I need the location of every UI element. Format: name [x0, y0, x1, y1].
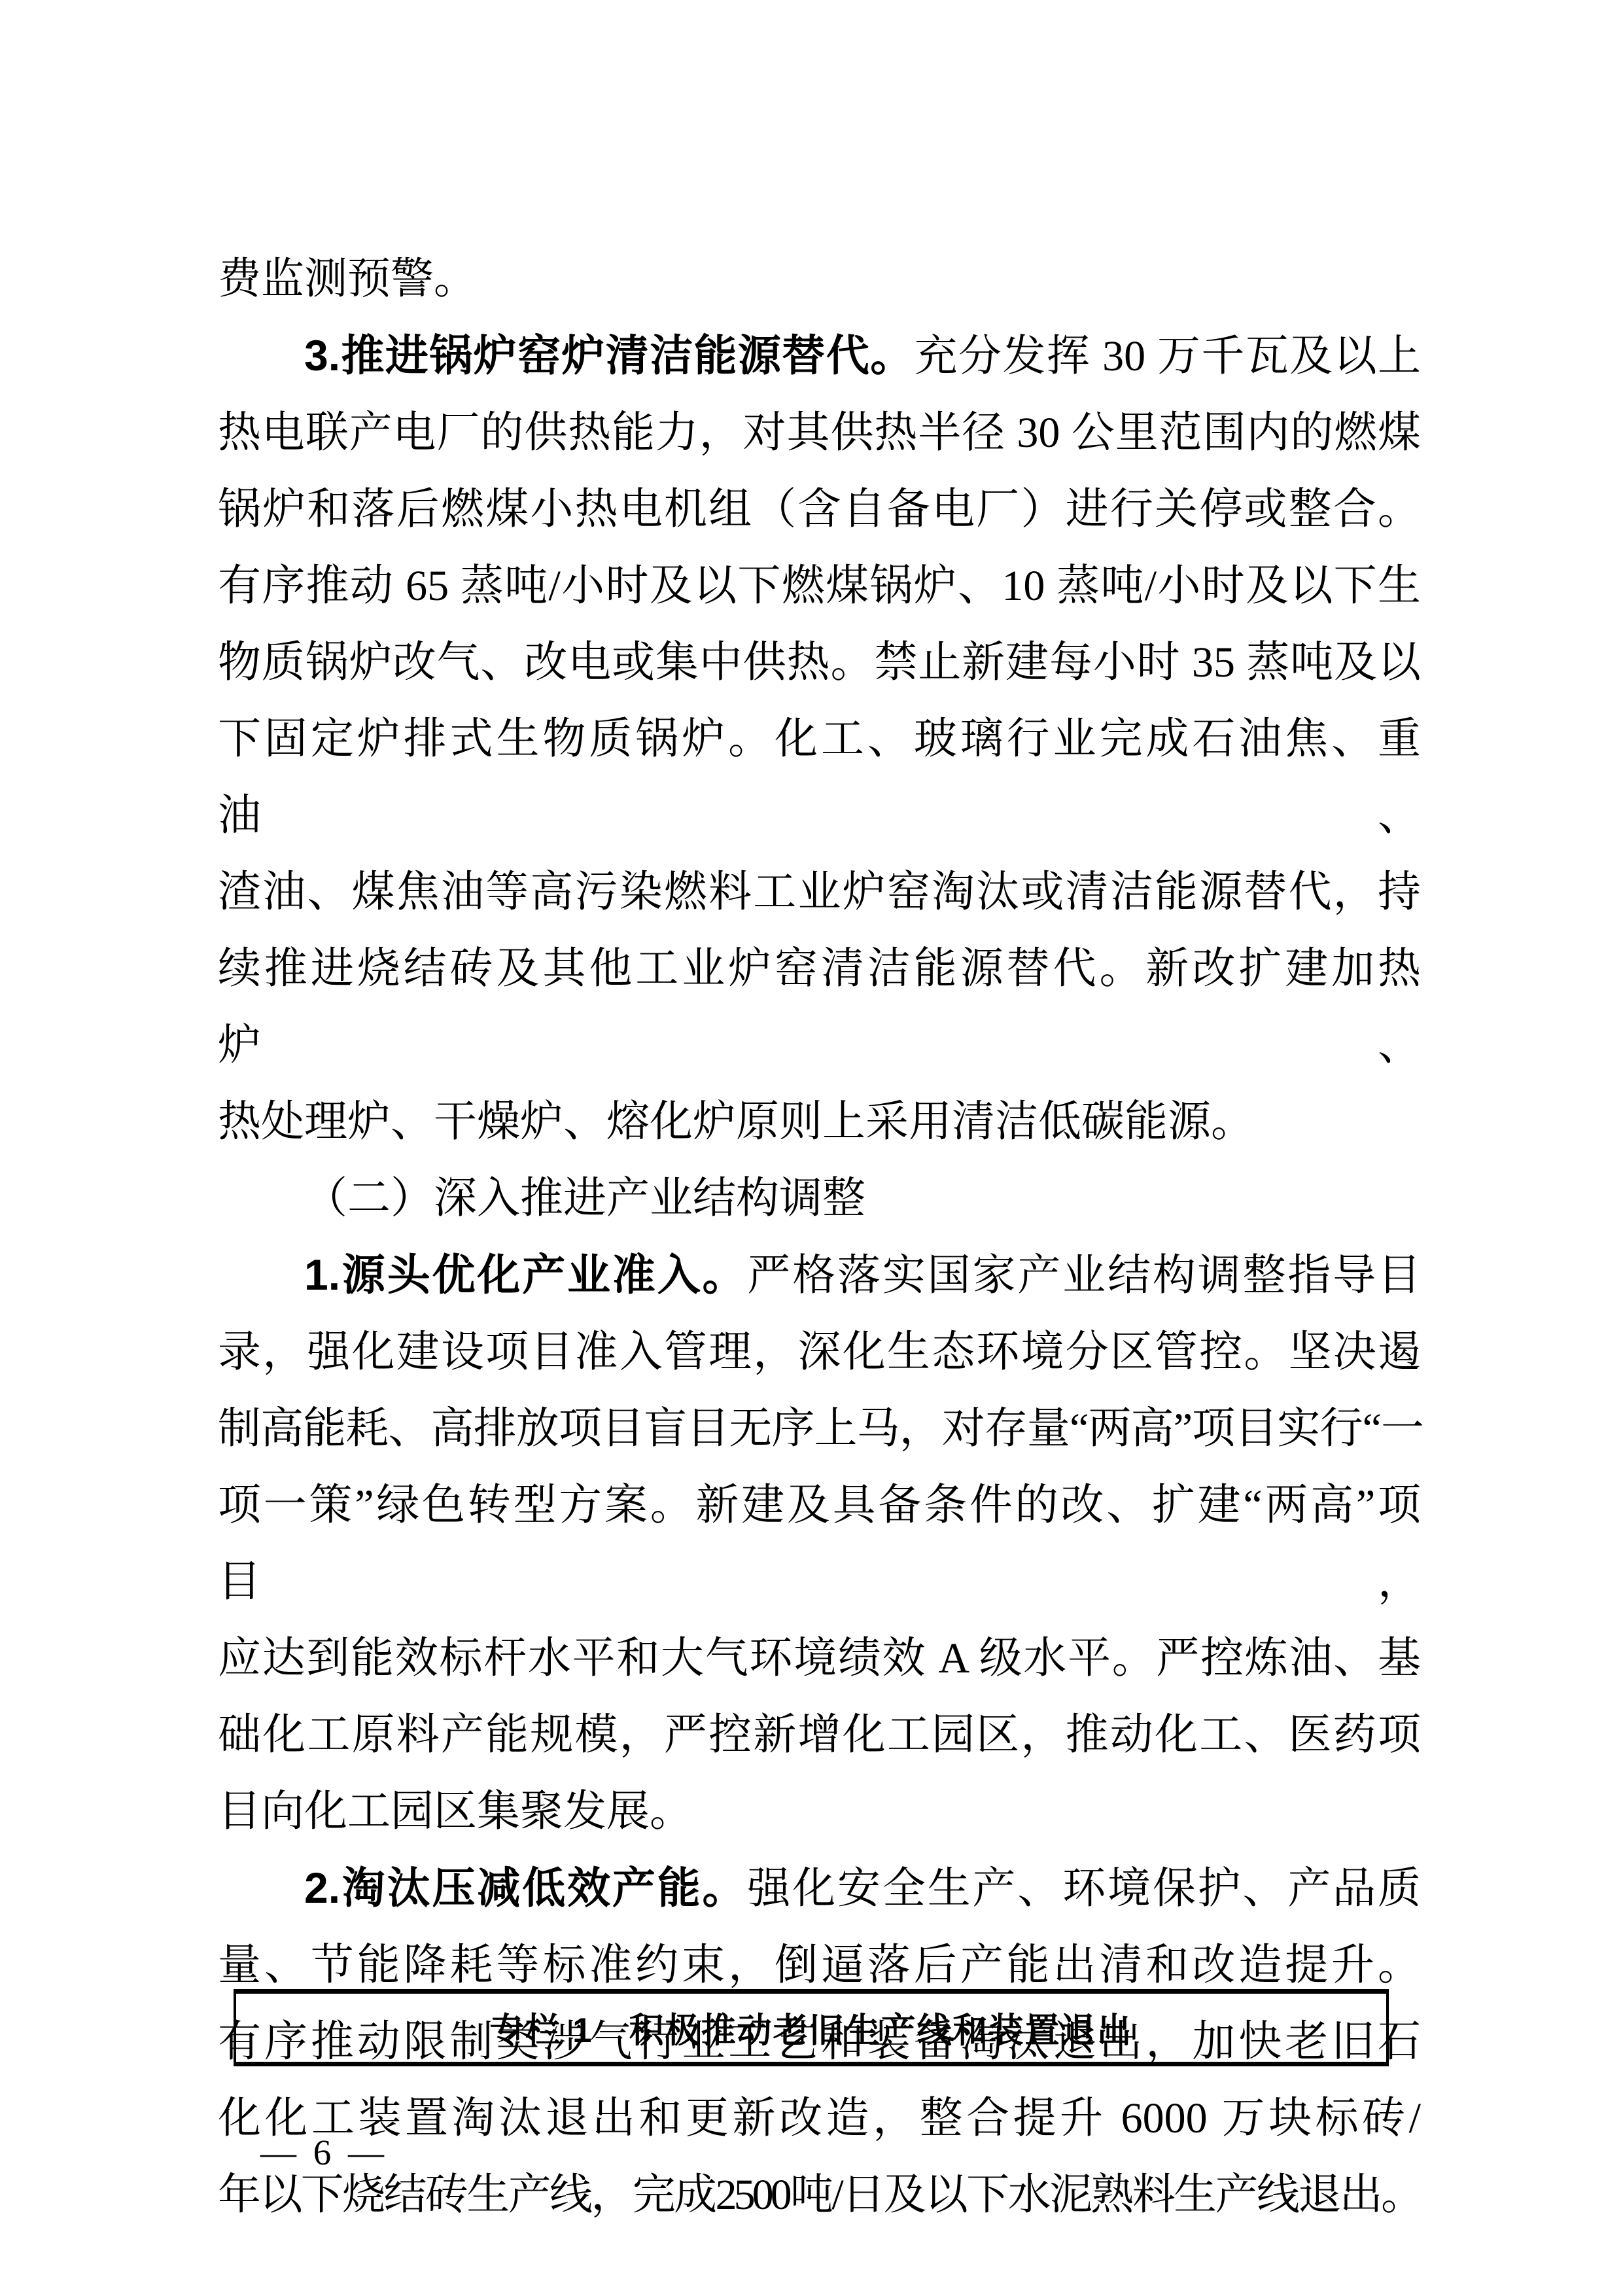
body-line: 费监测预警。 [218, 241, 1421, 317]
body-line: 础化工原料产能规模，严控新增化工园区，推动化工、医药项 [218, 1697, 1421, 1773]
section-heading-text: （二）深入推进产业结构调整 [304, 1174, 865, 1222]
body-line: 续推进烧结砖及其他工业炉窑清洁能源替代。新改扩建加热炉、 [218, 930, 1421, 1084]
body-line-text: 项一策”绿色转型方案。新建及具备条件的改、扩建“两高”项目， [218, 1481, 1421, 1606]
body-line: 化化工装置淘汰退出和更新改造，整合提升 6000 万块标砖/ [218, 2080, 1421, 2157]
body-line-text: 热电联产电厂的供热能力，对其供热半径 30 公里范围内的燃煤 [218, 409, 1421, 457]
body-line-text: 应达到能效标杆水平和大气环境绩效 A 级水平。严控炼油、基 [218, 1634, 1421, 1682]
body-line-text: 化化工装置淘汰退出和更新改造，整合提升 6000 万块标砖/ [218, 2094, 1421, 2142]
body-line: 应达到能效标杆水平和大气环境绩效 A 级水平。严控炼油、基 [218, 1620, 1421, 1697]
body-line-text: 物质锅炉改气、改电或集中供热。禁止新建每小时 35 蒸吨及以 [218, 639, 1421, 686]
paragraph-lead: 2.淘汰压减低效产能。 [304, 1863, 747, 1912]
paragraph-lead: 1.源头优化产业准入。 [304, 1250, 747, 1299]
document-page: 费监测预警。 3.推进锅炉窑炉清洁能源替代。充分发挥 30 万千瓦及以上 热电联… [0, 0, 1623, 2296]
body-line: 渣油、煤焦油等高污染燃料工业炉窑淘汰或清洁能源替代，持 [218, 854, 1421, 930]
paragraph-lead: 3.推进锅炉窑炉清洁能源替代。 [304, 331, 915, 380]
body-line-text: 量、节能降耗等标准约束，倒逼落后产能出清和改造提升。 [218, 1941, 1421, 1989]
body-line-text: 充分发挥 30 万千瓦及以上 [915, 332, 1421, 380]
page-number: — 6 — [260, 2132, 388, 2173]
body-line: 2.淘汰压减低效产能。强化安全生产、环境保护、产品质 [218, 1850, 1421, 1927]
body-line: 物质锅炉改气、改电或集中供热。禁止新建每小时 35 蒸吨及以 [218, 624, 1421, 701]
body-line-text: 续推进烧结砖及其他工业炉窑清洁能源替代。新改扩建加热炉、 [218, 945, 1421, 1069]
body-line: 目向化工园区集聚发展。 [218, 1773, 1421, 1850]
body-line: 锅炉和落后燃煤小热电机组（含自备电厂）进行关停或整合。 [218, 471, 1421, 548]
body-line: 1.源头优化产业准入。严格落实国家产业结构调整指导目 [218, 1237, 1421, 1314]
body-line: 项一策”绿色转型方案。新建及具备条件的改、扩建“两高”项目， [218, 1467, 1421, 1620]
body-line-text: 制高能耗、高排放项目盲目无序上马，对存量“两高”项目实行“一 [218, 1405, 1421, 1453]
body-line-text: 严格落实国家产业结构调整指导目 [747, 1252, 1421, 1299]
body-line-text: 锅炉和落后燃煤小热电机组（含自备电厂）进行关停或整合。 [218, 486, 1421, 533]
body-line: 年以下烧结砖生产线，完成2500吨/日及以下水泥熟料生产线退出。 [218, 2157, 1421, 2233]
document-body: 费监测预警。 3.推进锅炉窑炉清洁能源替代。充分发挥 30 万千瓦及以上 热电联… [218, 241, 1421, 2233]
body-line-text: 础化工原料产能规模，严控新增化工园区，推动化工、医药项 [218, 1711, 1421, 1759]
body-line: 有序推动 65 蒸吨/小时及以下燃煤锅炉、10 蒸吨/小时及以下生 [218, 548, 1421, 624]
callout-title: 专栏 1 积极推动老旧生产线和装置退出 [489, 2003, 1132, 2053]
callout-box: 专栏 1 积极推动老旧生产线和装置退出 [234, 1989, 1389, 2066]
body-line-text: 强化安全生产、环境保护、产品质 [747, 1865, 1421, 1913]
body-line-text: 年以下烧结砖生产线，完成2500吨/日及以下水泥熟料生产线退出。 [218, 2171, 1421, 2219]
body-line: 录，强化建设项目准入管理，深化生态环境分区管控。坚决遏 [218, 1314, 1421, 1390]
body-line: 下固定炉排式生物质锅炉。化工、玻璃行业完成石油焦、重油、 [218, 701, 1421, 854]
body-line-text: 热处理炉、干燥炉、熔化炉原则上采用清洁低碳能源。 [218, 1098, 1254, 1146]
section-heading: （二）深入推进产业结构调整 [218, 1160, 1421, 1237]
body-line: 热处理炉、干燥炉、熔化炉原则上采用清洁低碳能源。 [218, 1084, 1421, 1160]
body-line-text: 有序推动 65 蒸吨/小时及以下燃煤锅炉、10 蒸吨/小时及以下生 [218, 562, 1421, 610]
body-line-text: 下固定炉排式生物质锅炉。化工、玻璃行业完成石油焦、重油、 [218, 715, 1421, 839]
body-line-text: 目向化工园区集聚发展。 [218, 1788, 693, 1835]
body-line-text: 渣油、煤焦油等高污染燃料工业炉窑淘汰或清洁能源替代，持 [218, 868, 1421, 916]
body-line-text: 费监测预警。 [218, 255, 477, 303]
body-line-text: 录，强化建设项目准入管理，深化生态环境分区管控。坚决遏 [218, 1328, 1421, 1376]
body-line: 3.推进锅炉窑炉清洁能源替代。充分发挥 30 万千瓦及以上 [218, 317, 1421, 395]
body-line: 热电联产电厂的供热能力，对其供热半径 30 公里范围内的燃煤 [218, 395, 1421, 471]
body-line: 制高能耗、高排放项目盲目无序上马，对存量“两高”项目实行“一 [218, 1390, 1421, 1467]
